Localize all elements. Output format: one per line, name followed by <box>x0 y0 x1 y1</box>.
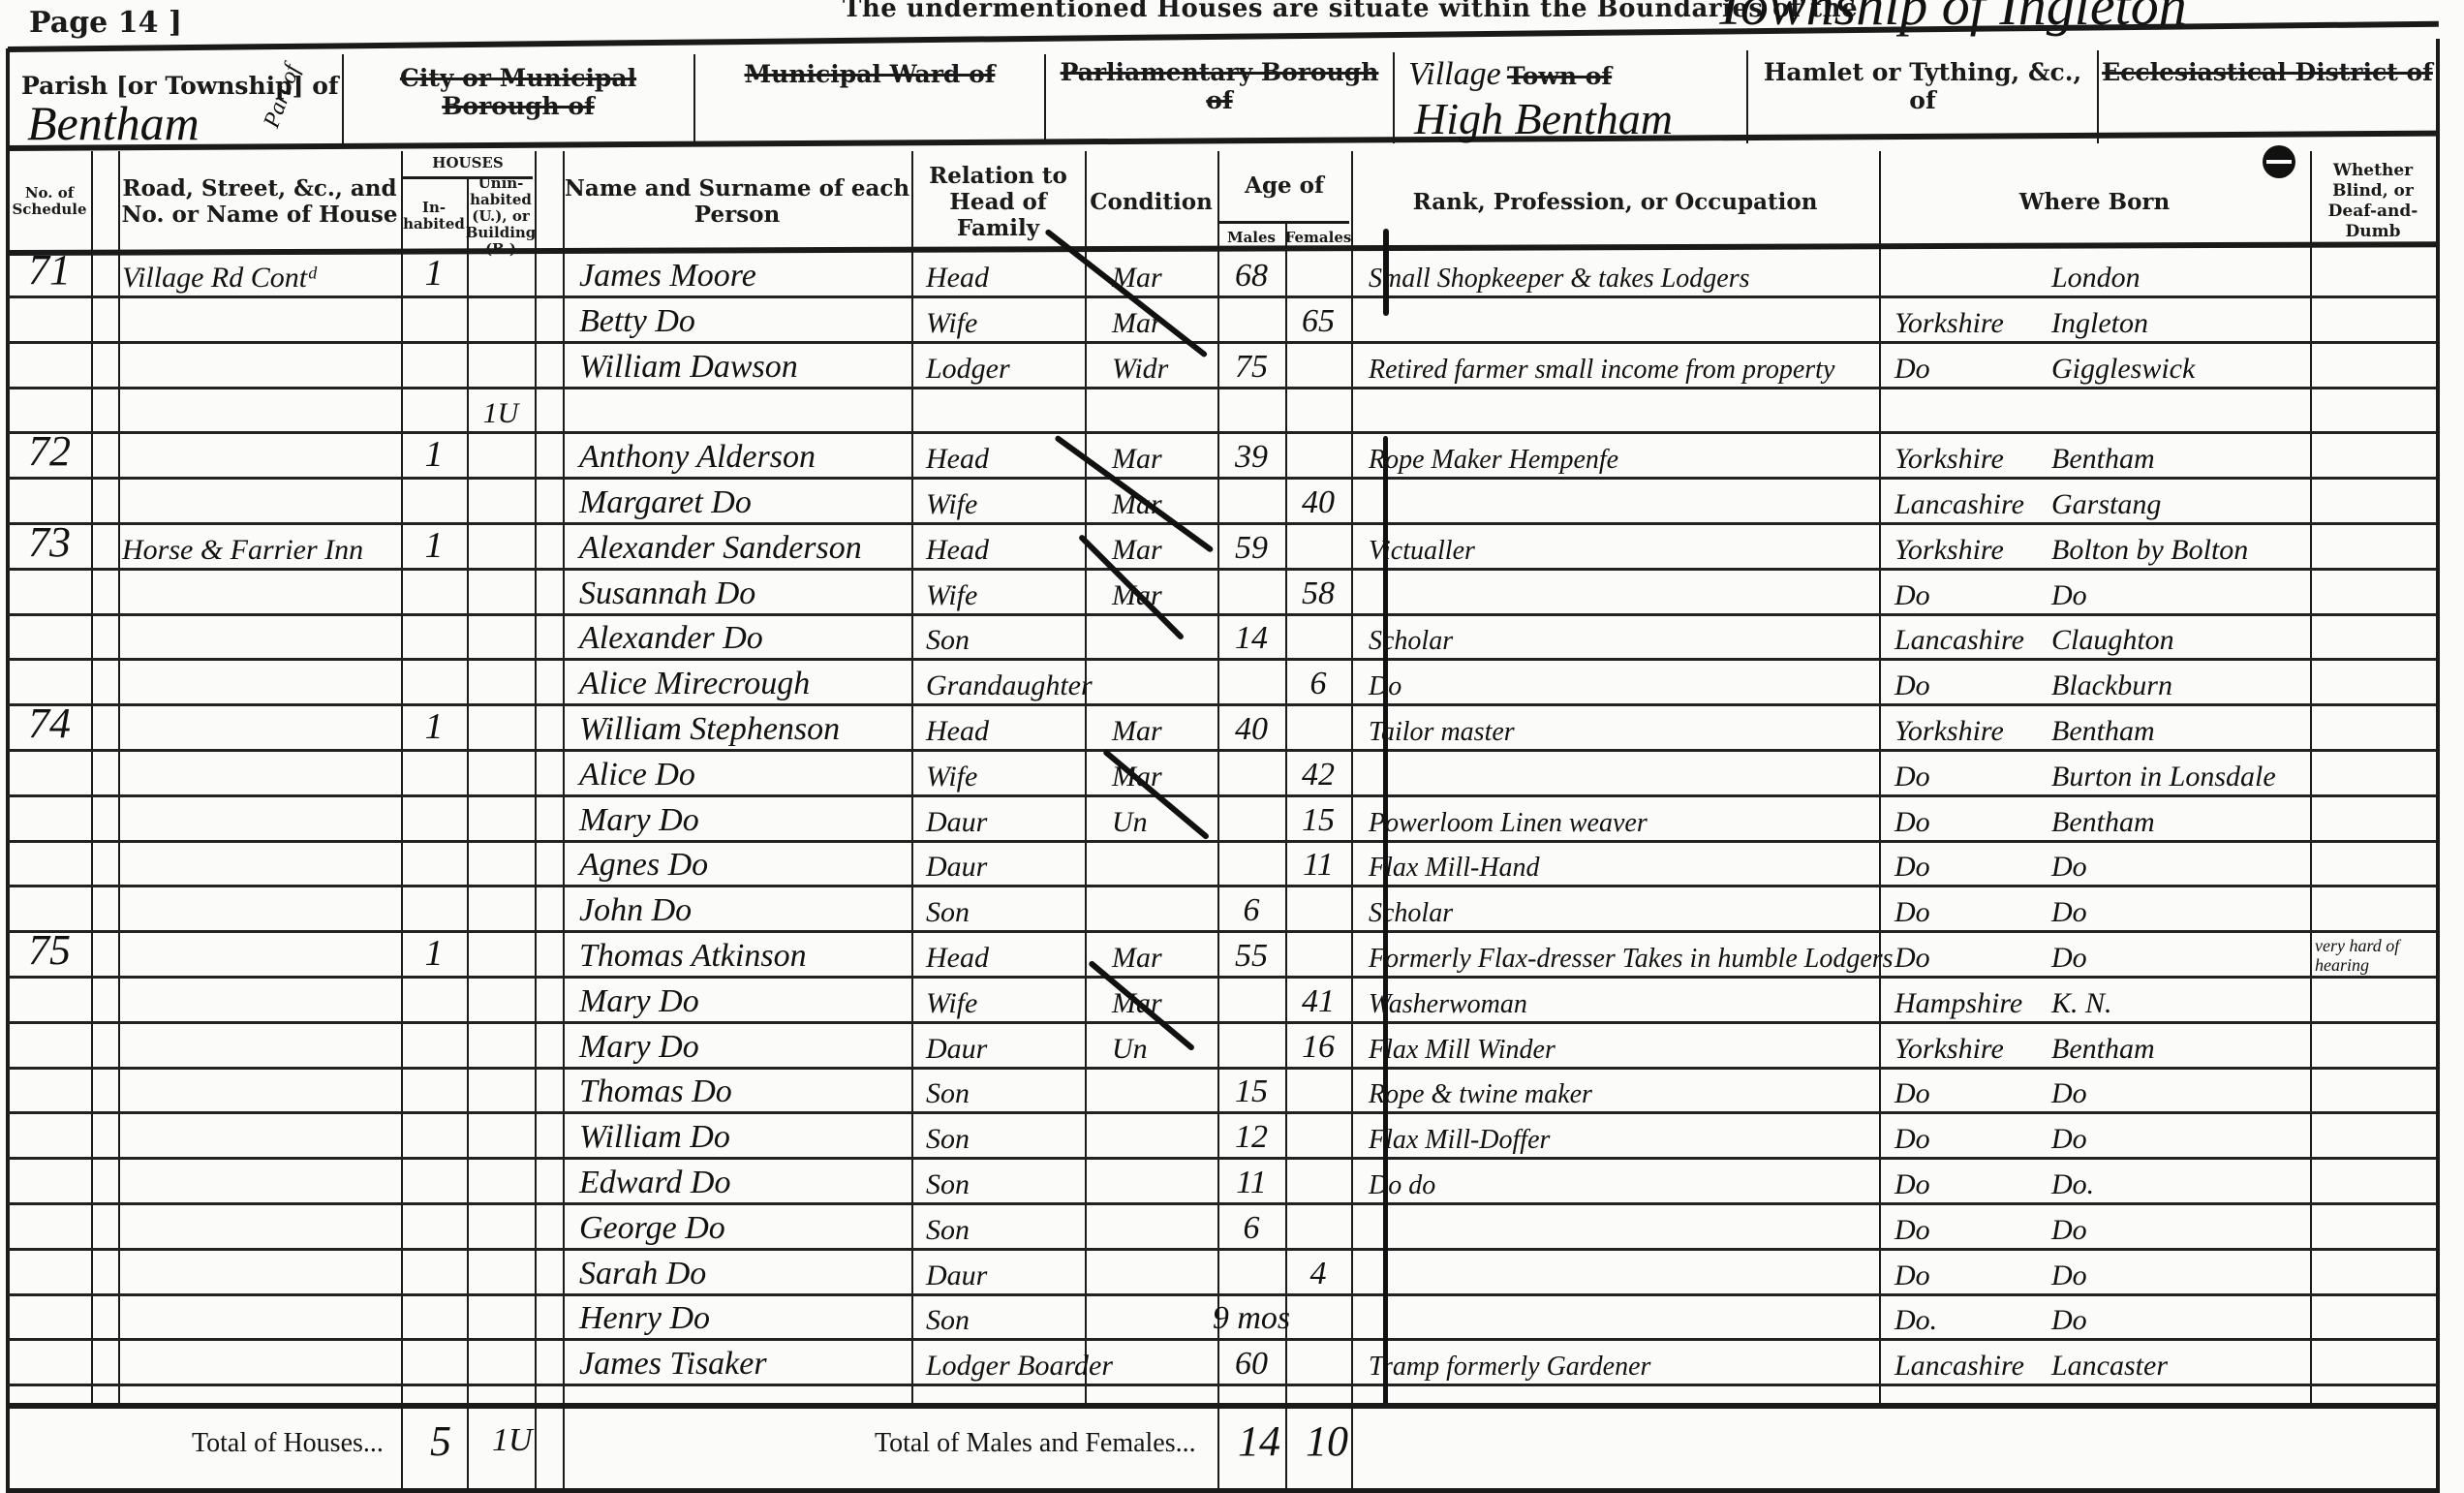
infirmity <box>2315 1115 2439 1160</box>
uninhabited-mark <box>467 707 535 752</box>
occupation: Formerly Flax-dresser Takes in humble Lo… <box>1369 934 1877 979</box>
inhabited-mark <box>401 345 467 389</box>
infirmity <box>2315 707 2439 752</box>
male-age <box>1217 389 1285 434</box>
relation: Head <box>926 707 1091 752</box>
schedule-number: 71 <box>8 254 91 298</box>
occupation: Scholar <box>1369 888 1877 933</box>
male-age: 75 <box>1217 345 1285 389</box>
table-row: Thomas Do Son 15 Rope & twine maker Do D… <box>8 1070 2436 1114</box>
row-rule <box>8 522 2436 525</box>
birth-place: Do <box>2051 1206 2313 1251</box>
condition <box>1112 1070 1218 1114</box>
birth-county: Do <box>1894 888 2040 933</box>
occupation: Do <box>1369 662 1877 706</box>
road-name <box>122 572 403 616</box>
female-age: 6 <box>1285 662 1351 706</box>
birth-county: Do <box>1894 1070 2040 1114</box>
condition <box>1112 389 1218 434</box>
area-ecclesiastical-label: Ecclesiastical District of <box>2099 58 2436 86</box>
person-name: Edward Do <box>579 1161 913 1205</box>
female-age: 58 <box>1285 572 1351 616</box>
female-age: 11 <box>1285 843 1351 887</box>
table-row: Alexander Do Son 14 Scholar Lancashire C… <box>8 616 2436 661</box>
birth-county: Do <box>1894 1161 2040 1205</box>
female-age <box>1285 1342 1351 1386</box>
table-row: 73 Horse & Farrier Inn 1 Alexander Sande… <box>8 526 2436 571</box>
male-age <box>1217 980 1285 1024</box>
relation: Son <box>926 1115 1091 1160</box>
row-rule <box>8 1338 2436 1341</box>
uninhabited-mark <box>467 1252 535 1296</box>
occupation: Victualler <box>1369 526 1877 571</box>
occupation <box>1369 572 1877 616</box>
area-parliamentary: Parliamentary Borough of <box>1046 50 1393 143</box>
inhabited-mark: 1 <box>401 254 467 298</box>
condition <box>1112 1206 1218 1251</box>
female-age <box>1285 254 1351 298</box>
road-name <box>122 1296 403 1341</box>
inhabited-mark <box>401 980 467 1024</box>
row-rule <box>8 1067 2436 1070</box>
road-name <box>122 345 403 389</box>
header-born: Where Born <box>1879 151 2310 252</box>
infirmity <box>2315 1252 2439 1296</box>
row-rule <box>8 703 2436 706</box>
person-name: William Dawson <box>579 345 913 389</box>
road-name <box>122 1025 403 1070</box>
page-number: Page 14 ] <box>29 6 182 40</box>
female-age: 41 <box>1285 980 1351 1024</box>
road-name <box>122 980 403 1024</box>
person-name: Alexander Sanderson <box>579 526 913 571</box>
occupation: Scholar <box>1369 616 1877 661</box>
person-name: Thomas Atkinson <box>579 934 913 979</box>
person-name: Alice Do <box>579 753 913 797</box>
uninhabited-mark <box>467 1296 535 1341</box>
condition: Mar <box>1112 934 1218 979</box>
header-inhabited: In-habited <box>401 180 467 252</box>
inhabited-mark <box>401 662 467 706</box>
birth-place: Do <box>2051 572 2313 616</box>
uninhabited-mark <box>467 1115 535 1160</box>
person-name: Mary Do <box>579 980 913 1024</box>
row-rule <box>8 613 2436 616</box>
birth-county: Lancashire <box>1894 616 2040 661</box>
birth-county: Do <box>1894 934 2040 979</box>
road-name: Horse & Farrier Inn <box>122 526 403 571</box>
total-persons-label: Total of Males and Females... <box>875 1428 1196 1459</box>
area-ecclesiastical: Ecclesiastical District of <box>2099 50 2436 143</box>
row-rule <box>8 568 2436 571</box>
birth-place: Do <box>2051 1070 2313 1114</box>
female-age <box>1285 1206 1351 1251</box>
male-age <box>1217 572 1285 616</box>
row-rule <box>8 431 2436 434</box>
road-name <box>122 299 403 344</box>
infirmity <box>2315 254 2439 298</box>
male-age: 9 mos <box>1217 1296 1285 1341</box>
condition <box>1112 1161 1218 1205</box>
relation: Wife <box>926 572 1091 616</box>
inhabited-mark <box>401 1206 467 1251</box>
female-age <box>1285 707 1351 752</box>
schedule-number <box>8 572 91 616</box>
relation: Son <box>926 1296 1091 1341</box>
row-rule <box>8 1384 2436 1386</box>
female-age <box>1285 616 1351 661</box>
occupation: Retired farmer small income from propert… <box>1369 345 1877 389</box>
condition <box>1112 1252 1218 1296</box>
area-parliamentary-label: Parliamentary Borough of <box>1046 58 1393 114</box>
road-name <box>122 1070 403 1114</box>
birth-place: Do <box>2051 843 2313 887</box>
table-row: Mary Do Wife Mar 41 Washerwoman Hampshir… <box>8 980 2436 1024</box>
occupation <box>1369 1296 1877 1341</box>
inhabited-mark <box>401 1296 467 1341</box>
infirmity <box>2315 616 2439 661</box>
total-houses-label: Total of Houses... <box>192 1428 384 1459</box>
person-name: Betty Do <box>579 299 913 344</box>
birth-place: Blackburn <box>2051 662 2313 706</box>
area-city: City or Municipal Borough of <box>344 50 693 143</box>
male-age <box>1217 753 1285 797</box>
infirmity <box>2315 435 2439 480</box>
schedule-number <box>8 1252 91 1296</box>
condition: Un <box>1112 1025 1218 1070</box>
inhabited-mark <box>401 1025 467 1070</box>
birth-county: Yorkshire <box>1894 1025 2040 1070</box>
person-name: George Do <box>579 1206 913 1251</box>
inhabited-mark <box>401 1115 467 1160</box>
male-age: 55 <box>1217 934 1285 979</box>
person-name: Thomas Do <box>579 1070 913 1114</box>
total-houses-inhabited: 5 <box>430 1416 451 1466</box>
female-age: 65 <box>1285 299 1351 344</box>
inhabited-mark <box>401 843 467 887</box>
area-town-value: High Bentham <box>1414 93 1673 144</box>
birth-place: Do <box>2051 1296 2313 1341</box>
birth-place: Claughton <box>2051 616 2313 661</box>
birth-county: Do. <box>1894 1296 2040 1341</box>
road-name <box>122 1206 403 1251</box>
person-name: Margaret Do <box>579 481 913 525</box>
condition <box>1112 843 1218 887</box>
male-age <box>1217 481 1285 525</box>
birth-county <box>1894 389 2040 434</box>
road-name <box>122 707 403 752</box>
table-row: Margaret Do Wife Mar 40 Lancashire Garst… <box>8 481 2436 525</box>
header-blind: Whether Blind, or Deaf-and-Dumb <box>2310 151 2436 252</box>
occupation: Do do <box>1369 1161 1877 1205</box>
female-age <box>1285 345 1351 389</box>
infirmity <box>2315 980 2439 1024</box>
person-name: Anthony Alderson <box>579 435 913 480</box>
birth-place: Do <box>2051 1115 2313 1160</box>
birth-county: Do <box>1894 572 2040 616</box>
person-name: Sarah Do <box>579 1252 913 1296</box>
infirmity <box>2315 299 2439 344</box>
uninhabited-mark <box>467 753 535 797</box>
birth-county: Yorkshire <box>1894 299 2040 344</box>
total-houses-uninhabited: 1U <box>492 1422 533 1459</box>
header-name: Name and Surname of each Person <box>563 151 911 252</box>
condition: Mar <box>1112 435 1218 480</box>
birth-place: Bentham <box>2051 1025 2313 1070</box>
minus-circle-icon <box>2263 145 2295 178</box>
total-females: 10 <box>1306 1416 1348 1466</box>
relation: Son <box>926 616 1091 661</box>
uninhabited-mark <box>467 662 535 706</box>
uninhabited-mark: 1U <box>467 389 535 434</box>
road-name <box>122 389 403 434</box>
condition <box>1112 1115 1218 1160</box>
relation: Daur <box>926 843 1091 887</box>
female-age <box>1285 1115 1351 1160</box>
infirmity <box>2315 1161 2439 1205</box>
relation: Wife <box>926 753 1091 797</box>
birth-place: Bentham <box>2051 435 2313 480</box>
table-row: Alice Mirecrough Grandaughter 6 Do Do Bl… <box>8 662 2436 706</box>
infirmity <box>2315 1206 2439 1251</box>
page-title: The undermentioned Houses are situate wi… <box>843 0 1858 23</box>
birth-county: Lancashire <box>1894 1342 2040 1386</box>
relation: Son <box>926 888 1091 933</box>
road-name <box>122 616 403 661</box>
schedule-number: 74 <box>8 707 91 752</box>
area-town: Village Town of High Bentham <box>1395 50 1746 143</box>
road-name <box>122 435 403 480</box>
row-rule <box>8 1021 2436 1024</box>
male-age <box>1217 798 1285 843</box>
inhabited-mark <box>401 1342 467 1386</box>
birth-place: Burton in Lonsdale <box>2051 753 2313 797</box>
birth-place <box>2051 389 2313 434</box>
infirmity <box>2315 1342 2439 1386</box>
schedule-number <box>8 980 91 1024</box>
inhabited-mark: 1 <box>401 934 467 979</box>
male-age: 40 <box>1217 707 1285 752</box>
person-name: Agnes Do <box>579 843 913 887</box>
uninhabited-mark <box>467 843 535 887</box>
header-occupation: Rank, Profession, or Occupation <box>1351 151 1879 252</box>
birth-county: Do <box>1894 843 2040 887</box>
bracket-mark <box>1383 229 1389 316</box>
male-age: 39 <box>1217 435 1285 480</box>
road-name <box>122 1252 403 1296</box>
inhabited-mark <box>401 572 467 616</box>
table-row: Alice Do Wife Mar 42 Do Burton in Lonsda… <box>8 753 2436 797</box>
occupation <box>1369 389 1877 434</box>
inhabited-mark <box>401 1070 467 1114</box>
row-rule <box>8 840 2436 843</box>
occupation <box>1369 299 1877 344</box>
relation <box>926 389 1091 434</box>
road-name <box>122 934 403 979</box>
area-ward: Municipal Ward of <box>695 50 1044 143</box>
birth-county <box>1894 254 2040 298</box>
inhabited-mark: 1 <box>401 435 467 480</box>
occupation: Tramp formerly Gardener <box>1369 1342 1877 1386</box>
row-rule <box>8 1111 2436 1114</box>
birth-place: Bolton by Bolton <box>2051 526 2313 571</box>
uninhabited-mark <box>467 888 535 933</box>
relation: Head <box>926 526 1091 571</box>
area-parish: Parish [or Township] of Bentham Part of <box>8 50 342 143</box>
area-city-label: City or Municipal Borough of <box>344 64 693 120</box>
occupation: Tailor master <box>1369 707 1877 752</box>
person-name: Susannah Do <box>579 572 913 616</box>
uninhabited-mark <box>467 1070 535 1114</box>
schedule-number: 75 <box>8 934 91 979</box>
inhabited-mark: 1 <box>401 526 467 571</box>
uninhabited-mark <box>467 798 535 843</box>
female-age <box>1285 1296 1351 1341</box>
male-age <box>1217 299 1285 344</box>
schedule-number: 72 <box>8 435 91 480</box>
birth-place: Do. <box>2051 1161 2313 1205</box>
male-age: 12 <box>1217 1115 1285 1160</box>
inhabited-mark <box>401 1252 467 1296</box>
condition: Mar <box>1112 526 1218 571</box>
header-schedule: No. of Schedule <box>8 151 91 252</box>
rule-bottom <box>8 1488 2439 1493</box>
row-rule <box>8 341 2436 344</box>
male-age: 6 <box>1217 1206 1285 1251</box>
road-name <box>122 843 403 887</box>
inhabited-mark <box>401 888 467 933</box>
male-age: 14 <box>1217 616 1285 661</box>
header-houses: HOUSES <box>401 151 535 174</box>
schedule-number <box>8 843 91 887</box>
birth-county: Do <box>1894 1115 2040 1160</box>
birth-county: Do <box>1894 345 2040 389</box>
birth-place: Lancaster <box>2051 1342 2313 1386</box>
schedule-number <box>8 753 91 797</box>
male-age: 68 <box>1217 254 1285 298</box>
inhabited-mark <box>401 798 467 843</box>
row-rule <box>8 885 2436 887</box>
infirmity <box>2315 1025 2439 1070</box>
uninhabited-mark <box>467 254 535 298</box>
road-name <box>122 481 403 525</box>
row-rule <box>8 658 2436 661</box>
area-hamlet-label: Hamlet or Tything, &c., of <box>1748 58 2097 114</box>
infirmity <box>2315 481 2439 525</box>
birth-county: Do <box>1894 1206 2040 1251</box>
infirmity <box>2315 572 2439 616</box>
birth-place: London <box>2051 254 2313 298</box>
uninhabited-mark <box>467 481 535 525</box>
area-ward-label: Municipal Ward of <box>695 60 1044 88</box>
birth-county: Do <box>1894 798 2040 843</box>
birth-county: Do <box>1894 1252 2040 1296</box>
table-row: 71 Village Rd Contᵈ 1 James Moore Head M… <box>8 254 2436 298</box>
person-name: Henry Do <box>579 1296 913 1341</box>
female-age <box>1285 526 1351 571</box>
header-condition: Condition <box>1085 151 1217 252</box>
relation: Lodger Boarder <box>926 1342 1091 1386</box>
road-name <box>122 1342 403 1386</box>
male-age: 15 <box>1217 1070 1285 1114</box>
table-row: Agnes Do Daur 11 Flax Mill-Hand Do Do <box>8 843 2436 887</box>
person-name: William Stephenson <box>579 707 913 752</box>
female-age: 40 <box>1285 481 1351 525</box>
row-rule <box>8 1157 2436 1160</box>
area-town-label: Town of <box>1507 62 1612 90</box>
male-age <box>1217 1252 1285 1296</box>
schedule-number <box>8 616 91 661</box>
male-age: 11 <box>1217 1161 1285 1205</box>
row-rule <box>8 1202 2436 1205</box>
road-name <box>122 1161 403 1205</box>
schedule-number <box>8 1070 91 1114</box>
schedule-number <box>8 798 91 843</box>
occupation <box>1369 1206 1877 1251</box>
inhabited-mark <box>401 389 467 434</box>
uninhabited-mark <box>467 616 535 661</box>
male-age: 6 <box>1217 888 1285 933</box>
female-age: 16 <box>1285 1025 1351 1070</box>
female-age <box>1285 435 1351 480</box>
female-age: 4 <box>1285 1252 1351 1296</box>
schedule-number <box>8 1161 91 1205</box>
person-name: Mary Do <box>579 798 913 843</box>
birth-county: Lancashire <box>1894 481 2040 525</box>
total-males: 14 <box>1238 1416 1280 1466</box>
person-name: John Do <box>579 888 913 933</box>
table-row: 75 1 Thomas Atkinson Head Mar 55 Formerl… <box>8 934 2436 979</box>
female-age <box>1285 389 1351 434</box>
uninhabited-mark <box>467 299 535 344</box>
relation: Head <box>926 254 1091 298</box>
birth-place: Giggleswick <box>2051 345 2313 389</box>
infirmity <box>2315 1070 2439 1114</box>
occupation <box>1369 753 1877 797</box>
relation: Grandaughter <box>926 662 1091 706</box>
uninhabited-mark <box>467 1025 535 1070</box>
person-name: Mary Do <box>579 1025 913 1070</box>
header-age: Age of <box>1217 151 1351 219</box>
male-age: 60 <box>1217 1342 1285 1386</box>
person-name: James Moore <box>579 254 913 298</box>
inhabited-mark <box>401 616 467 661</box>
table-row: William Dawson Lodger Widr 75 Retired fa… <box>8 345 2436 389</box>
uninhabited-mark <box>467 1342 535 1386</box>
relation: Head <box>926 934 1091 979</box>
female-age <box>1285 888 1351 933</box>
table-row: Susannah Do Wife Mar 58 Do Do <box>8 572 2436 616</box>
schedule-number <box>8 345 91 389</box>
schedule-number <box>8 1115 91 1160</box>
female-age <box>1285 1161 1351 1205</box>
condition: Mar <box>1112 980 1218 1024</box>
relation: Son <box>926 1070 1091 1114</box>
header-road: Road, Street, &c., and No. or Name of Ho… <box>118 151 401 252</box>
table-row: 74 1 William Stephenson Head Mar 40 Tail… <box>8 707 2436 752</box>
infirmity <box>2315 526 2439 571</box>
road-name: Village Rd Contᵈ <box>122 254 403 298</box>
occupation: Flax Mill-Hand <box>1369 843 1877 887</box>
birth-county: Hampshire <box>1894 980 2040 1024</box>
area-town-label-wrap: Village Town of <box>1395 56 1746 93</box>
table-row: Edward Do Son 11 Do do Do Do. <box>8 1161 2436 1205</box>
table-row: Betty Do Wife Mar 65 Yorkshire Ingleton <box>8 299 2436 344</box>
birth-county: Yorkshire <box>1894 707 2040 752</box>
birth-place: Do <box>2051 1252 2313 1296</box>
table-row: 72 1 Anthony Alderson Head Mar 39 Rope M… <box>8 435 2436 480</box>
birth-county: Yorkshire <box>1894 526 2040 571</box>
